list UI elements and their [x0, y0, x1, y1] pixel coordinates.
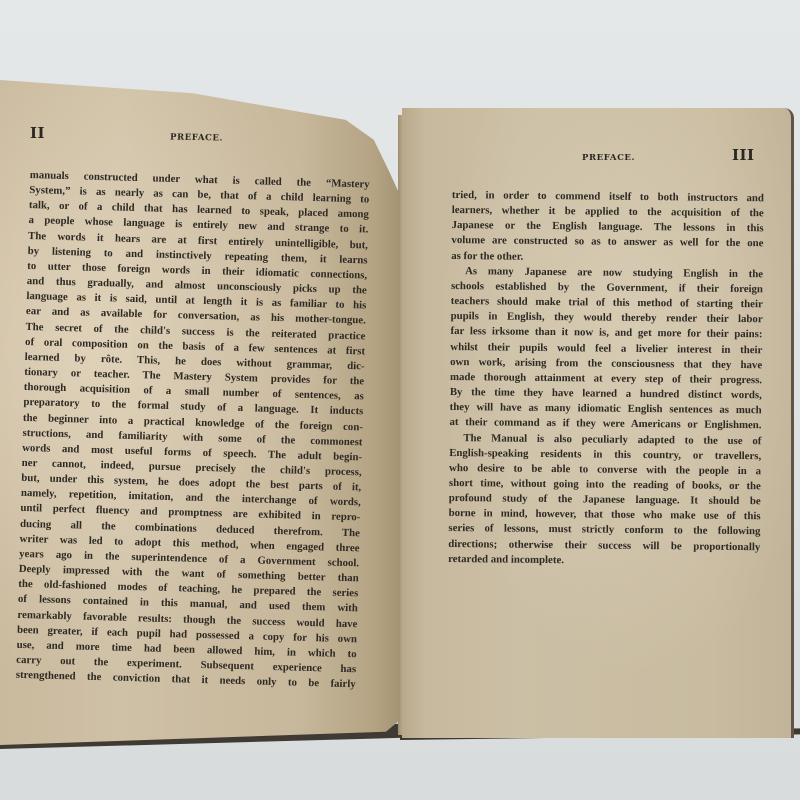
- left-page-body: manuals constructed under what is called…: [16, 168, 370, 693]
- right-running-head: PREFACE.: [582, 153, 635, 163]
- left-running-head: PREFACE.: [170, 132, 223, 143]
- right-page-number: III: [732, 146, 755, 164]
- photo-scene: II PREFACE. PREFACE. III manuals constru…: [0, 0, 800, 800]
- left-page-number: II: [30, 124, 45, 142]
- right-page-body: tried, in order to commend itself to bot…: [448, 188, 764, 570]
